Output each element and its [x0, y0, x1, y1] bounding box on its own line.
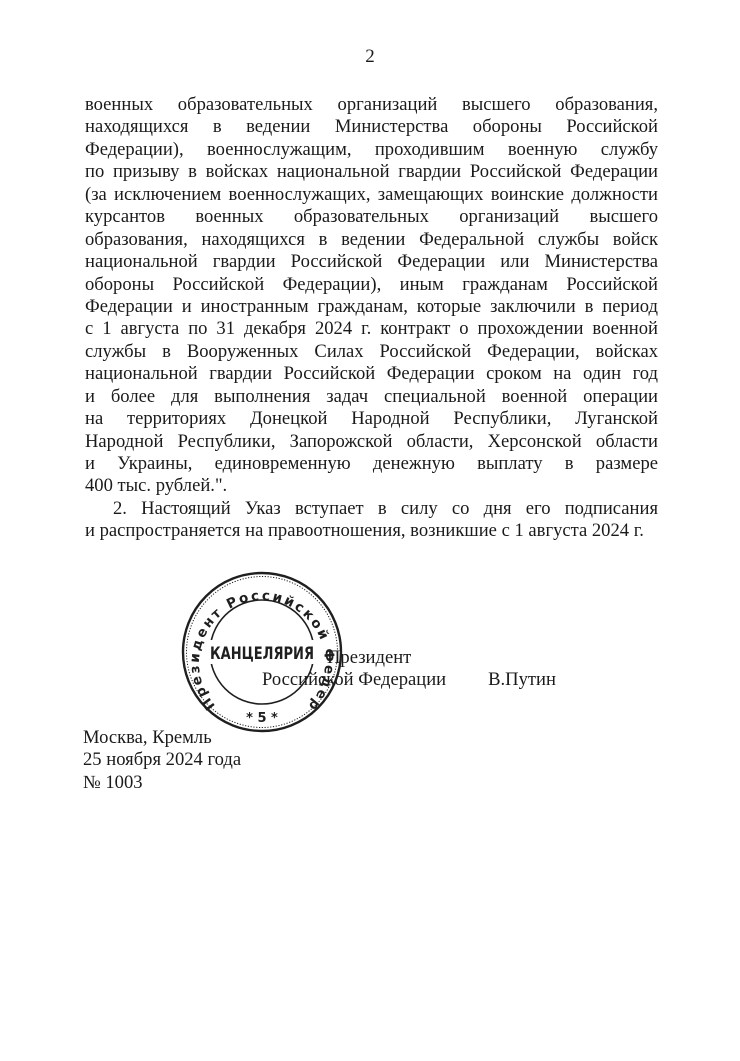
body-line: национальной гвардии Российской Федераци… [85, 363, 658, 385]
body-line: по призыву в войсках национальной гварди… [85, 161, 658, 183]
body-line: образования, находящихся в ведении Федер… [85, 229, 658, 251]
signature-block: Президент Российской Федерации В.Путин [262, 647, 622, 692]
body-line: курсантов военных образовательных органи… [85, 206, 658, 228]
body-line: и более для выполнения задач специальной… [85, 386, 658, 408]
svg-text:Президент Российской Федерации: Президент Российской Федерации [180, 570, 337, 715]
stamp-ring-text: Президент Российской Федерации [180, 570, 337, 715]
body-line: Федерации и иностранным гражданам, котор… [85, 296, 658, 318]
signatory-name: В.Путин [488, 669, 556, 691]
body-line: (за исключением военнослужащих, замещающ… [85, 184, 658, 206]
body-line: военных образовательных организаций высш… [85, 94, 658, 116]
body-line: на территориях Донецкой Народной Республ… [85, 408, 658, 430]
body-line: службы в Вооруженных Силах Российской Фе… [85, 341, 658, 363]
place-and-date: Москва, Кремль 25 ноября 2024 года № 100… [83, 727, 241, 794]
body-line: 400 тыс. рублей.". [85, 475, 658, 497]
stamp-bottom-text: * 5 * [246, 711, 278, 726]
signing-date: 25 ноября 2024 года [83, 749, 241, 771]
page-number: 2 [0, 46, 740, 68]
body-line: Народной Республики, Запорожской области… [85, 431, 658, 453]
body-line: с 1 августа по 31 декабря 2024 г. контра… [85, 318, 658, 340]
signatory-title: Президент [262, 647, 622, 669]
signatory-organization: Российской Федерации [262, 669, 446, 691]
paragraph-2-first-line: 2. Настоящий Указ вступает в силу со дня… [85, 498, 658, 520]
body-line: и Украины, единовременную денежную выпла… [85, 453, 658, 475]
place-of-signing: Москва, Кремль [83, 727, 241, 749]
body-line: находящихся в ведении Министерства оборо… [85, 116, 658, 138]
decree-body-text: военных образовательных организаций высш… [85, 94, 658, 543]
decree-number: № 1003 [83, 772, 241, 794]
body-line: национальной гвардии Российской Федераци… [85, 251, 658, 273]
body-line: и распространяется на правоотношения, во… [85, 520, 658, 542]
body-line: Федерации), военнослужащим, проходившим … [85, 139, 658, 161]
body-line: обороны Российской Федерации), иным граж… [85, 274, 658, 296]
